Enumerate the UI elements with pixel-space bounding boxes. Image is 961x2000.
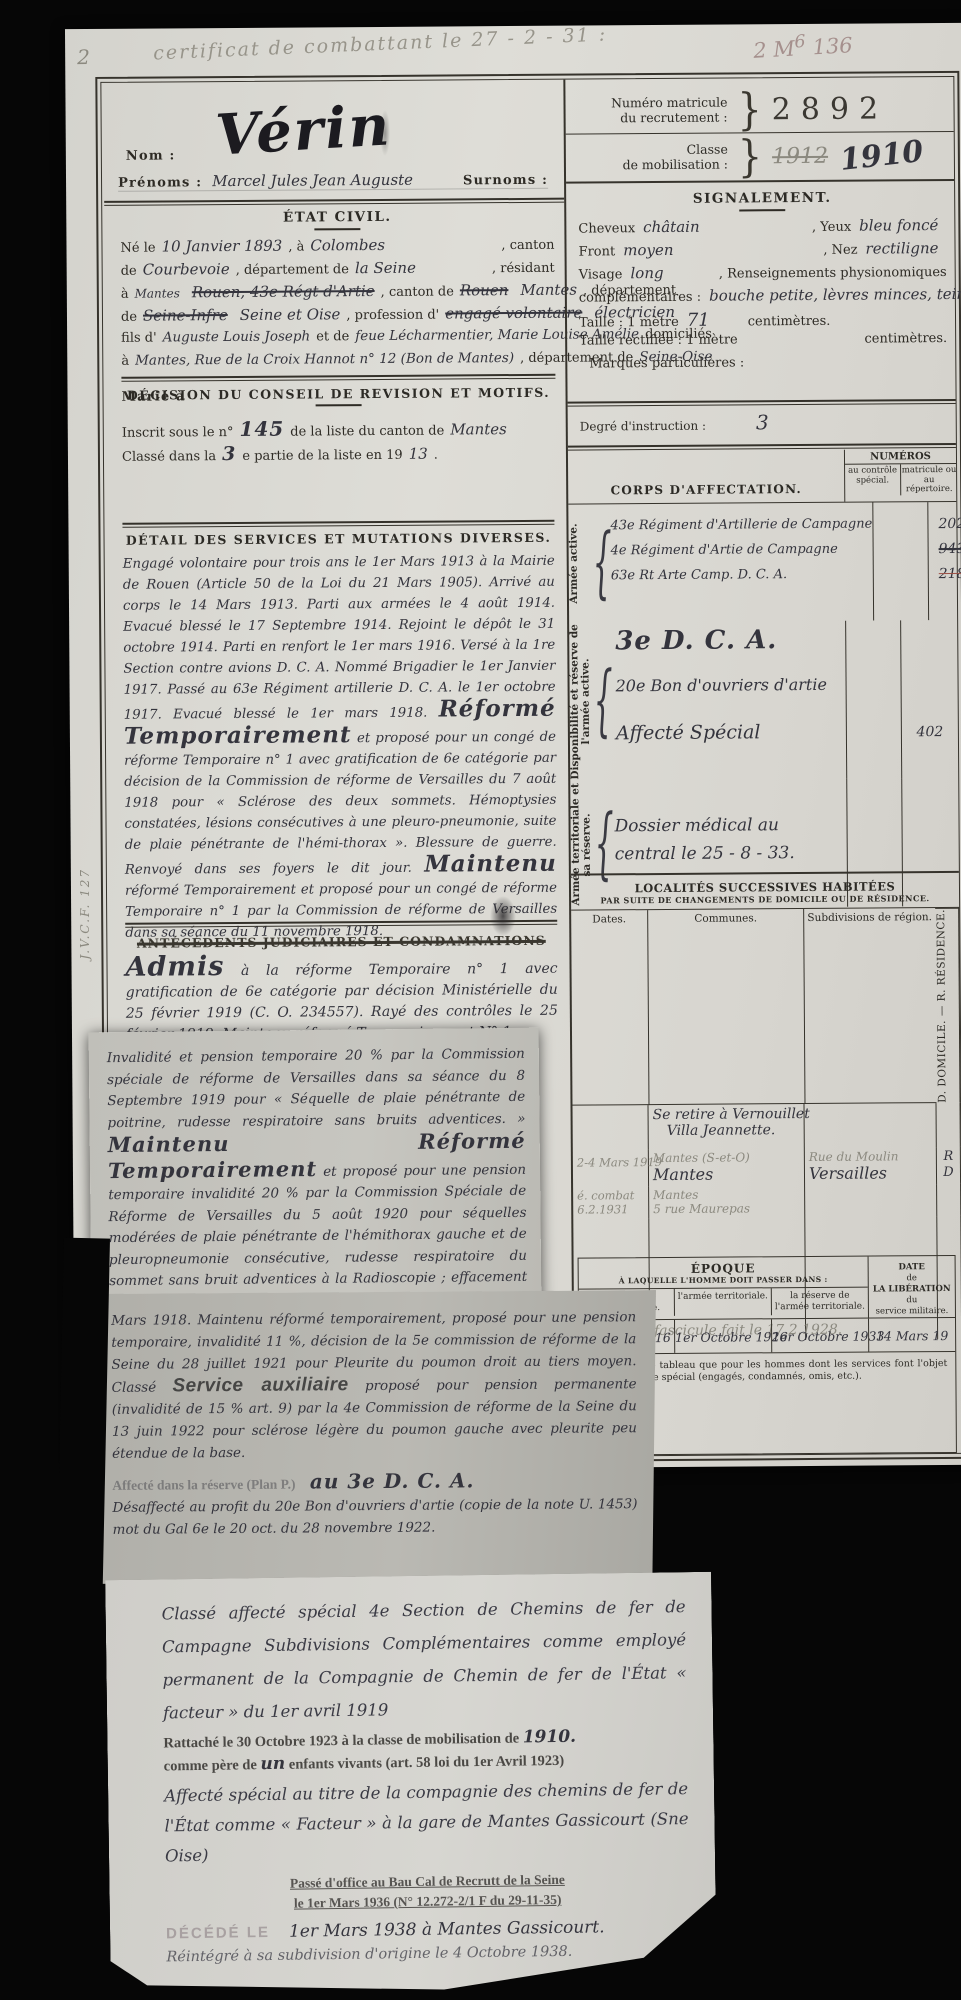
visage-value: long [630,264,663,282]
nez-value: rectiligne [865,239,938,258]
disponibilite-group: Disponibilité et réserve de l'armée acti… [569,620,958,781]
visage-row: Visage long , Renseignements physionomiq… [579,262,947,288]
matricule-numbers: 402 [900,620,958,778]
decision-section: DÉCISION DU CONSEIL DE REVISION ET MOTIF… [105,374,566,470]
name-row: Nom : [126,146,554,164]
unit-number: 2022 [928,516,961,541]
list-part: 3 [222,443,236,465]
complementaires-row: complémentaires : bouche petite, lèvres … [579,285,947,311]
degre-label: Degré d'instruction : [580,419,706,434]
subdivisions-col-header: Subdivisions de région. [803,908,936,1104]
classe-line: Classé dans la 3 e partie de la liste en… [122,441,556,470]
marques-row: Marques particulières : [579,354,947,380]
unit-entry: 63e Rt Arte Camp. D. C. A. [611,567,873,594]
date-liberation-col: DATE de LA LIBÉRATION du service militai… [868,1256,955,1318]
front-row: Front moyen , Nez rectiligne [578,239,946,265]
residence-struck: Rouen, 43e Régt d'Artie [192,282,375,301]
yeux-value: bleu foncé [859,216,938,235]
armee-active-group: Armée active. { 43e Régiment d'Artilleri… [568,502,957,623]
residence-line: à Mantes Rouen, 43e Régt d'Artie , canto… [121,281,555,307]
list-canton: Mantes [450,420,507,438]
unit-entry: 20e Bon d'ouvriers d'artie [616,675,846,723]
domicile-line: à Mantes, Rue de la Croix Hannot n° 12 (… [121,350,555,376]
unit-number-struck: 9437 [928,541,961,566]
birth-canton: Courbevoie [143,260,230,279]
ink-smudge [380,110,390,156]
service-auxiliaire-stamp: Service auxiliaire [172,1374,348,1396]
dca-assignment: au 3e D. C. A. [310,1468,475,1493]
brace-glyph: { [593,656,606,747]
controle-special-col: au contrôle spécial. [845,464,900,495]
taille-row: Taille : 1 mètre 71 centimètres. [579,308,947,334]
corps-title: CORPS D'AFFECTATION. [611,482,802,497]
profession-struck: engagé volontaire [445,304,582,323]
controle-numbers [845,620,901,778]
enfants-value: un [260,1754,285,1774]
margin-pencil-annotation: J.V.C.F. 127 [78,868,92,960]
pasted-slip-invalidite: Invalidité et pension temporaire 20 % pa… [89,1028,542,1309]
facteur-gare-text: Affecté spécial au titre de la compagnie… [164,1774,689,1871]
list-year: 13 [409,445,428,463]
localites-table: LOCALITÉS SUCCESSIVES HABITÉES PAR SUITE… [571,871,961,1254]
inscrit-line: Inscrit sous le n° 145 de la liste du ca… [122,415,556,444]
date-liberation: 14 Mars 19 [868,1318,955,1352]
decede-line: DÉCÉDÉ LE 1er Mars 1938 à Mantes Gassico… [166,1916,690,1943]
entry-date: é. combat 6.2.1931 [573,1186,649,1219]
residence-correction: Mantes [135,286,180,300]
matricule-label: Numéro matricule du recrutement : [577,95,727,126]
matricule-box: Numéro matricule du recrutement : } 2892… [565,85,954,184]
epoque-title: ÉPOQUE [579,1257,868,1277]
corner-pencil-mark: 2 [77,45,90,69]
signalement-section: SIGNALEMENT. Cheveux châtain , Yeux bleu… [566,189,955,380]
services-title: DÉTAIL DES SERVICES ET MUTATIONS DIVERSE… [122,530,554,548]
cheveux-value: châtain [643,218,700,236]
divider [314,228,360,230]
pension-text: Mars 1918. Maintenu réformé temporaireme… [111,1306,637,1465]
affectation-speciale-text: Classé affecté spécial 4e Section de Che… [161,1590,687,1729]
scanned-military-record: certificat de combattant le 27 - 2 - 31 … [0,0,961,2000]
birth-departement: la Seine [355,259,416,277]
antecedents-section: ANTÉCÉDENTS JUDICIAIRES ET CONDAMNATIONS… [109,920,570,1046]
reintegre-line: Réintégré à sa subdivision d'origine le … [166,1942,690,1965]
affecte-reserve-stamp: Affecté dans la réserve (Plan P.) [112,1477,295,1493]
prenoms-label: Prénoms : [118,175,202,191]
admis-emphasis: Admis [125,951,224,983]
entry-date: 2-4 Mars 1919 [573,1149,649,1187]
unit-entry: Affecté Spécial [616,721,846,763]
degre-value: 3 [756,410,769,434]
medical-note-line2: central le 25 - 8 - 33. [615,843,847,865]
medical-note-line1: Dossier médical au [614,815,846,837]
unit-number-struck: 2184 [929,566,961,591]
matricule-number: 2892 [772,91,889,127]
matricule-row: Numéro matricule du recrutement : } 2892 [565,85,953,134]
taille-rectifiee-row: Taille rectifiée : 1 mètre centimètres. [579,331,947,357]
unit-entry: 3e D. C. A. [615,625,845,677]
armee-active-label: Armée active. [568,504,593,622]
birth-date: 10 Janvier 1893 [161,237,282,256]
archive-code-annotation: 2 M6 136 [752,29,853,63]
date-territoriale: 1er Octobre 1926 [674,1319,771,1353]
etat-civil-title: ÉTAT CIVIL. [120,208,554,227]
pencil-annotation-top: certificat de combattant le 27 - 2 - 31 … [153,23,608,64]
divider [104,198,564,206]
classe-mobilisation-row: Classe de mobilisation : } 1912 1910 [566,131,954,181]
entry-commune: Mantes (S-et-O) Mantes [649,1148,805,1186]
list-number: 145 [239,417,284,441]
decision-title: DÉCISION DU CONSEIL DE REVISION ET MOTIF… [121,385,555,403]
unit-entry: 4e Régiment d'Artie de Campagne [611,542,873,569]
classe-value: 1910 [838,133,925,177]
prenoms-value: Marcel Jules Jean Auguste [212,171,413,190]
taille-value: 71 [687,310,710,331]
cheveux-row: Cheveux châtain , Yeux bleu foncé [578,216,946,242]
maintenu-emphasis: Maintenu [424,850,557,878]
canton-line: de Courbevoie , département de la Seine … [121,258,555,284]
entry-row: Se retire à Vernouillet Villa Jeannette. [649,1104,805,1149]
residence-canton-struck: Rouen [460,281,509,299]
ink-smudge [490,896,516,936]
matricule-repertoire-col: matricule ou au répertoire. [900,464,957,495]
residence-departement: Seine et Oise [240,305,341,324]
scan-shadow-edge [48,1238,110,2000]
reserve-line: Affecté dans la réserve (Plan P.) au 3e … [112,1467,637,1495]
degre-instruction-row: Degré d'instruction : 3 [568,409,956,436]
classe-mobilisation-value: 1910. [523,1727,577,1748]
birth-line: Né le 10 Janvier 1893 , à Colombes , can… [120,235,554,261]
classe-label: Classe de mobilisation : [578,142,728,173]
pasted-slip-service-auxiliaire: Mars 1918. Maintenu réformé temporaireme… [93,1290,658,1584]
unit-number: 402 [902,716,958,764]
localites-header: Dates. Communes. Subdivisions de région.… [571,908,960,1105]
divider [739,209,785,211]
decede-value: 1er Mars 1938 à Mantes Gassicourt. [289,1917,605,1941]
signalement-title: SIGNALEMENT. [578,189,946,208]
parents-line: fils d' Auguste Louis Joseph et de feue … [121,327,555,353]
divider [568,399,956,407]
nom-label: Nom : [126,148,176,163]
corps-header: CORPS D'AFFECTATION. NUMÉROS au contrôle… [568,449,956,505]
domicile-residence-col-header: D. DOMICILE. — R. RÉSIDENCE. [935,908,960,1103]
disponibilite-label: Disponibilité et réserve de l'armée acti… [569,622,594,780]
decede-stamp: DÉCÉDÉ LE [166,1924,270,1942]
reforme-emphasis: Réformé [439,695,556,723]
temporairement-emphasis: Temporairement [124,721,352,750]
father-name: Auguste Louis Joseph [163,328,311,345]
services-text: Engagé volontaire pour trois ans le 1er … [123,551,558,944]
divider [316,404,362,406]
armee-territoriale-col: l'armée territoriale. [674,1288,771,1316]
entry-flags: R D [937,1147,961,1184]
numeros-header: NUMÉROS au contrôle spécial. matricule o… [844,449,956,502]
date-reserve-territoriale: 1er Octobre 1933 [771,1319,868,1353]
antecedents-struck-title: ANTÉCÉDENTS JUDICIAIRES ET CONDAMNATIONS [125,933,557,951]
communes-col-header: Communes. [647,909,804,1105]
corps-affectation-table: CORPS D'AFFECTATION. NUMÉROS au contrôle… [568,449,959,870]
front-value: moyen [623,241,673,259]
profession-line: de Seine-Infre Seine et Oise , professio… [121,304,555,330]
right-column: Numéro matricule du recrutement : } 2892… [563,77,961,1456]
brace-glyph: { [592,518,605,609]
dates-col-header: Dates. [571,910,648,1105]
bottom-sheet-chemins-de-fer: Classé affecté spécial 4e Section de Che… [105,1572,717,1994]
residence-departement-struck: Seine-Infre [143,306,228,325]
matricule-numbers: 2022 9437 2184 [927,502,961,620]
entry-commune: Mantes 5 rue Maurepas [649,1185,805,1218]
classe-struck-value: 1912 [772,143,828,168]
domicile-address: Mantes, Rue de la Croix Hannot n° 12 (Bo… [135,350,514,369]
unit-entry: 43e Régiment d'Artillerie de Campagne [610,517,872,544]
complementaires-value: bouche petite, lèvres minces, teint pâle… [709,285,961,305]
desaffecte-text: Désaffecté au profit du 20e Bon d'ouvrie… [112,1493,637,1541]
services-section: DÉTAIL DES SERVICES ET MUTATIONS DIVERSE… [106,520,569,944]
passe-office-stamp: Passé d'office au Bau Cal de Recrutt de … [165,1868,690,1915]
birth-place: Colombes [310,236,385,255]
controle-numbers [872,502,928,620]
surnoms-label: Surnoms : [463,173,548,189]
brace-glyph: } [738,131,763,182]
prenoms-row: Prénoms : Marcel Jules Jean Auguste Surn… [118,170,548,192]
divider [122,520,554,528]
brace-glyph: } [737,84,762,135]
reserve-territoriale-col: la réserve de l'armée territoriale. [771,1288,868,1316]
entry-subdivision: Rue du Moulin Versailles [805,1147,937,1185]
